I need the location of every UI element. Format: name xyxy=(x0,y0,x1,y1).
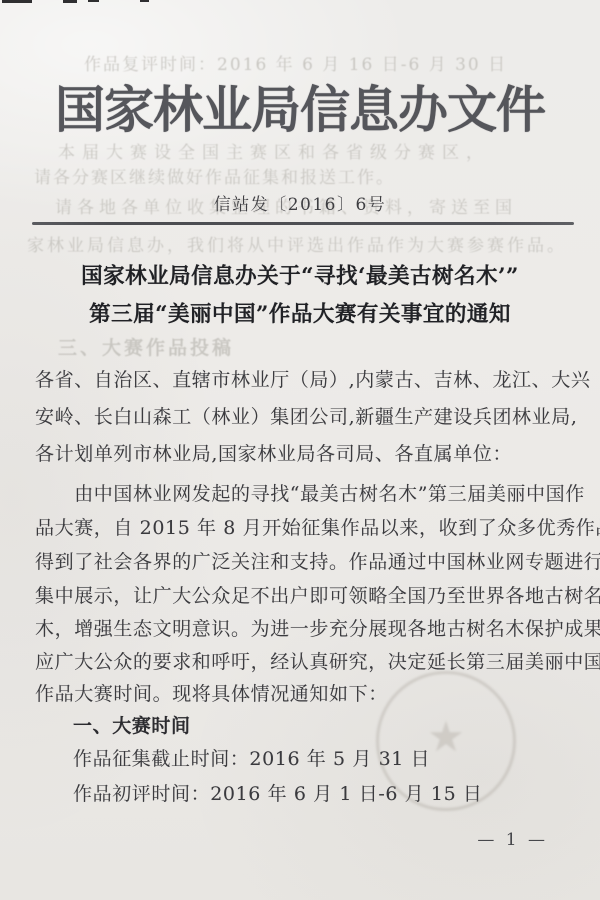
page-number: — 1 — xyxy=(477,830,548,850)
paragraph-line: 品大赛，自 2015 年 8 月开始征集作品以来，收到了众多优秀作品， xyxy=(35,513,580,540)
paragraph-line: 得到了社会各界的广泛关注和支持。作品通过中国林业网专题进行 xyxy=(35,547,580,574)
notice-title-line-1: 国家林业局信息办关于“寻找‘最美古树名木’” xyxy=(0,259,600,290)
star-icon: ★ xyxy=(379,712,513,761)
scan-artifact-speck xyxy=(2,0,32,3)
paragraph-line: 由中国林业网发起的寻找“最美古树名木”第三届美丽中国作 xyxy=(35,479,580,506)
recipients-line: 安岭、长白山森工（林业）集团公司,新疆生产建设兵团林业局, xyxy=(35,402,580,429)
paragraph-line: 集中展示，让广大公众足不出户即可领略全国乃至世界各地古树名 xyxy=(35,581,580,608)
document-number: 信站发〔2016〕6号 xyxy=(0,190,600,215)
bleedthrough-text: 家林业局信息办，我们将从中评选出作品作为大赛参赛作品。 xyxy=(27,231,567,256)
paragraph-line: 木，增强生态文明意识。为进一步充分展现各地古树名木保护成果， xyxy=(35,614,580,641)
bleedthrough-text: 三、大赛作品投稿 xyxy=(58,333,234,360)
bleedthrough-text: 请各分赛区继续做好作品征集和报送工作。 xyxy=(34,163,395,188)
recipients-line: 各计划单列市林业局,国家林业局各司局、各直属单位： xyxy=(35,439,580,466)
scan-artifact-speck xyxy=(88,0,99,2)
letterhead-divider-line xyxy=(32,222,574,225)
preliminary-review-line: 作品初评时间：2016 年 6 月 1 日-6 月 15 日 xyxy=(35,779,600,806)
paragraph-line: 应广大公众的要求和呼吁，经认真研究，决定延长第三届美丽中国 xyxy=(35,647,580,674)
agency-letterhead-title: 国家林业局信息办文件 xyxy=(0,70,600,142)
scan-artifact-speck xyxy=(140,0,149,2)
notice-title-line-2: 第三届“美丽中国”作品大赛有关事宜的通知 xyxy=(0,297,600,328)
official-seal-bleedthrough: ★ xyxy=(376,671,516,811)
recipients-line: 各省、自治区、直辖市林业厅（局）,内蒙古、吉林、龙江、大兴 xyxy=(35,365,580,392)
scanned-document-page: 作品复评时间：2016 年 6 月 16 日-6 月 30 日 本届大赛设全国主… xyxy=(0,0,600,900)
scan-artifact-speck xyxy=(63,0,77,3)
